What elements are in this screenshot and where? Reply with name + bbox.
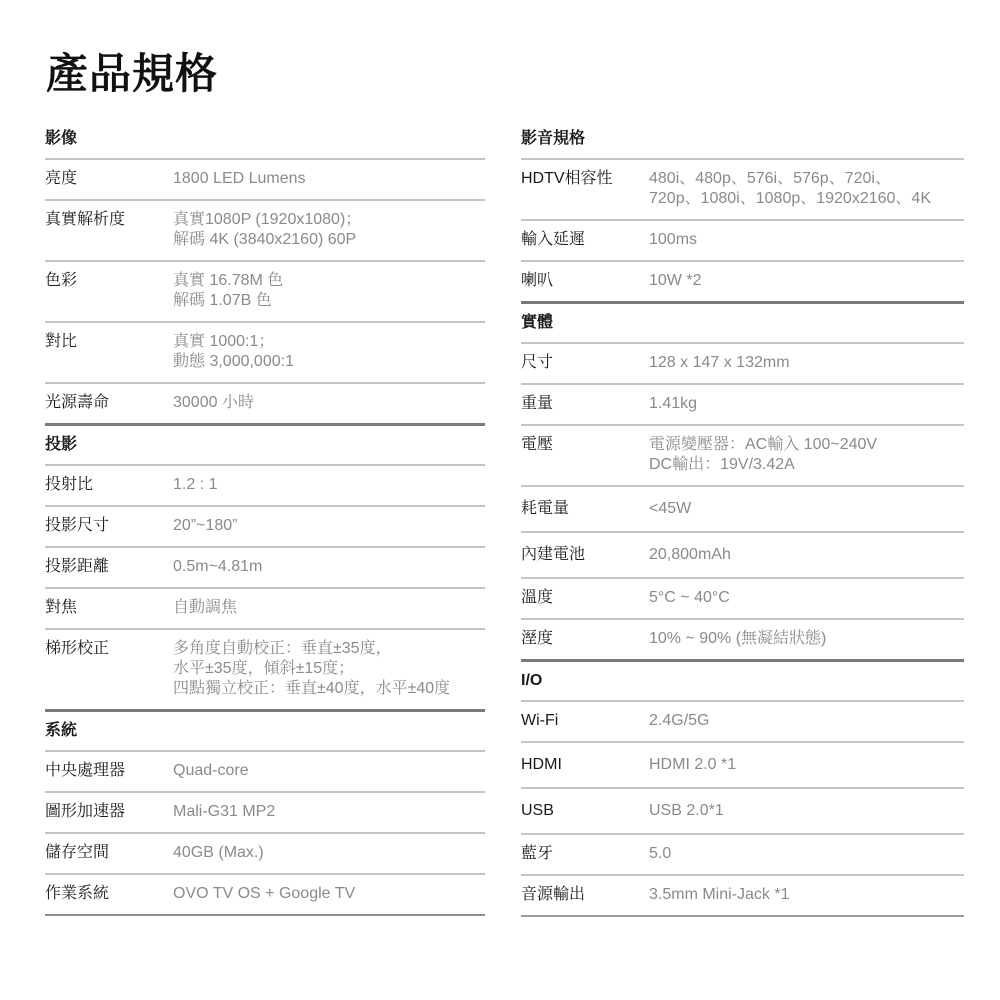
section-heading: 實體 — [521, 304, 964, 344]
spec-label: 投射比 — [45, 475, 173, 495]
section-heading: 影像 — [45, 120, 485, 160]
section-heading: 系統 — [45, 712, 485, 752]
spec-row: 儲存空間40GB (Max.) — [45, 834, 485, 875]
spec-row: 藍牙5.0 — [521, 835, 964, 876]
spec-row: HDMIHDMI 2.0 *1 — [521, 743, 964, 789]
spec-label: 作業系統 — [45, 884, 173, 904]
spec-row: 投影距離0.5m~4.81m — [45, 548, 485, 589]
spec-value: 2.4G/5G — [649, 711, 964, 731]
section-physical: 實體 尺寸128 x 147 x 132mm 重量1.41kg 電壓電源變壓器：… — [521, 301, 964, 659]
spec-label: USB — [521, 801, 649, 821]
spec-row: 音源輸出3.5mm Mini-Jack *1 — [521, 876, 964, 917]
spec-value: HDMI 2.0 *1 — [649, 755, 964, 775]
spec-value: 5.0 — [649, 844, 964, 864]
spec-value: 真實1080P (1920x1080)； 解碼 4K (3840x2160) 6… — [173, 210, 485, 250]
spec-row: 真實解析度真實1080P (1920x1080)； 解碼 4K (3840x21… — [45, 201, 485, 262]
spec-value: 40GB (Max.) — [173, 843, 485, 863]
spec-value: 電源變壓器：AC輸入 100~240V DC輸出：19V/3.42A — [649, 435, 964, 475]
spec-row: 電壓電源變壓器：AC輸入 100~240V DC輸出：19V/3.42A — [521, 426, 964, 487]
spec-row: HDTV相容性480i、480p、576i、576p、720i、 720p、10… — [521, 160, 964, 221]
section-heading: 投影 — [45, 426, 485, 466]
spec-value: 1800 LED Lumens — [173, 169, 485, 189]
spec-row: 投影尺寸20”~180” — [45, 507, 485, 548]
spec-value: <45W — [649, 499, 964, 519]
spec-label: 藍牙 — [521, 844, 649, 864]
spec-label: 溼度 — [521, 629, 649, 649]
section-heading: I/O — [521, 662, 964, 702]
spec-row: 對焦自動調焦 — [45, 589, 485, 630]
spec-label: 內建電池 — [521, 545, 649, 565]
spec-label: 尺寸 — [521, 353, 649, 373]
spec-value: USB 2.0*1 — [649, 801, 964, 821]
spec-value: 10W *2 — [649, 271, 964, 291]
spec-label: Wi-Fi — [521, 711, 649, 731]
section-system: 系統 中央處理器Quad-core 圖形加速器Mali-G31 MP2 儲存空間… — [45, 709, 485, 916]
spec-label: 音源輸出 — [521, 885, 649, 905]
section-io: I/O Wi-Fi2.4G/5G HDMIHDMI 2.0 *1 USBUSB … — [521, 659, 964, 917]
spec-label: 重量 — [521, 394, 649, 414]
spec-label: 光源壽命 — [45, 393, 173, 413]
spec-label: 輸入延遲 — [521, 230, 649, 250]
spec-label: 真實解析度 — [45, 210, 173, 250]
spec-row: 溫度5°C ~ 40°C — [521, 579, 964, 620]
spec-row: 投射比1.2 : 1 — [45, 466, 485, 507]
spec-label: 梯形校正 — [45, 639, 173, 699]
spec-label: 投影尺寸 — [45, 516, 173, 536]
spec-label: 圖形加速器 — [45, 802, 173, 822]
spec-label: 儲存空間 — [45, 843, 173, 863]
spec-row: Wi-Fi2.4G/5G — [521, 702, 964, 743]
spec-value: 3.5mm Mini-Jack *1 — [649, 885, 964, 905]
left-spec-column: 影像 亮度1800 LED Lumens 真實解析度真實1080P (1920x… — [45, 120, 485, 916]
spec-label: HDTV相容性 — [521, 169, 649, 209]
spec-value: 1.2 : 1 — [173, 475, 485, 495]
spec-row: 喇叭10W *2 — [521, 262, 964, 301]
spec-value: 0.5m~4.81m — [173, 557, 485, 577]
spec-row: USBUSB 2.0*1 — [521, 789, 964, 835]
spec-value: 自動調焦 — [173, 598, 485, 618]
spec-label: 對焦 — [45, 598, 173, 618]
spec-value: 1.41kg — [649, 394, 964, 414]
spec-label: 耗電量 — [521, 499, 649, 519]
spec-value: 20”~180” — [173, 516, 485, 536]
spec-value: Mali-G31 MP2 — [173, 802, 485, 822]
spec-label: 對比 — [45, 332, 173, 372]
spec-label: 亮度 — [45, 169, 173, 189]
spec-row: 中央處理器Quad-core — [45, 752, 485, 793]
spec-label: 電壓 — [521, 435, 649, 475]
spec-label: 色彩 — [45, 271, 173, 311]
section-av-specs: 影音規格 HDTV相容性480i、480p、576i、576p、720i、 72… — [521, 120, 964, 301]
spec-value: 20,800mAh — [649, 545, 964, 565]
spec-value: Quad-core — [173, 761, 485, 781]
spec-label: 投影距離 — [45, 557, 173, 577]
page-title: 產品規格 — [46, 48, 218, 100]
spec-value: 480i、480p、576i、576p、720i、 720p、1080i、108… — [649, 169, 964, 209]
spec-value: 真實 16.78M 色 解碼 1.07B 色 — [173, 271, 485, 311]
section-image: 影像 亮度1800 LED Lumens 真實解析度真實1080P (1920x… — [45, 120, 485, 423]
spec-row: 色彩真實 16.78M 色 解碼 1.07B 色 — [45, 262, 485, 323]
spec-label: 中央處理器 — [45, 761, 173, 781]
spec-value: 多角度自動校正：垂直±35度， 水平±35度，傾斜±15度； 四點獨立校正：垂直… — [173, 639, 485, 699]
spec-value: 30000 小時 — [173, 393, 485, 413]
spec-row: 溼度10% ~ 90% (無凝結狀態) — [521, 620, 964, 659]
spec-label: HDMI — [521, 755, 649, 775]
spec-row: 內建電池20,800mAh — [521, 533, 964, 579]
right-spec-column: 影音規格 HDTV相容性480i、480p、576i、576p、720i、 72… — [521, 120, 964, 917]
spec-value: 5°C ~ 40°C — [649, 588, 964, 608]
section-heading: 影音規格 — [521, 120, 964, 160]
spec-row: 尺寸128 x 147 x 132mm — [521, 344, 964, 385]
spec-value: 真實 1000:1； 動態 3,000,000:1 — [173, 332, 485, 372]
spec-value: 10% ~ 90% (無凝結狀態) — [649, 629, 964, 649]
spec-label: 喇叭 — [521, 271, 649, 291]
spec-row: 作業系統OVO TV OS + Google TV — [45, 875, 485, 916]
spec-row: 亮度1800 LED Lumens — [45, 160, 485, 201]
spec-row: 光源壽命30000 小時 — [45, 384, 485, 423]
spec-row: 梯形校正多角度自動校正：垂直±35度， 水平±35度，傾斜±15度； 四點獨立校… — [45, 630, 485, 709]
spec-value: 100ms — [649, 230, 964, 250]
spec-value: OVO TV OS + Google TV — [173, 884, 485, 904]
spec-label: 溫度 — [521, 588, 649, 608]
spec-row: 對比真實 1000:1； 動態 3,000,000:1 — [45, 323, 485, 384]
spec-row: 輸入延遲100ms — [521, 221, 964, 262]
spec-row: 圖形加速器Mali-G31 MP2 — [45, 793, 485, 834]
section-projection: 投影 投射比1.2 : 1 投影尺寸20”~180” 投影距離0.5m~4.81… — [45, 423, 485, 709]
spec-row: 耗電量<45W — [521, 487, 964, 533]
spec-value: 128 x 147 x 132mm — [649, 353, 964, 373]
spec-row: 重量1.41kg — [521, 385, 964, 426]
